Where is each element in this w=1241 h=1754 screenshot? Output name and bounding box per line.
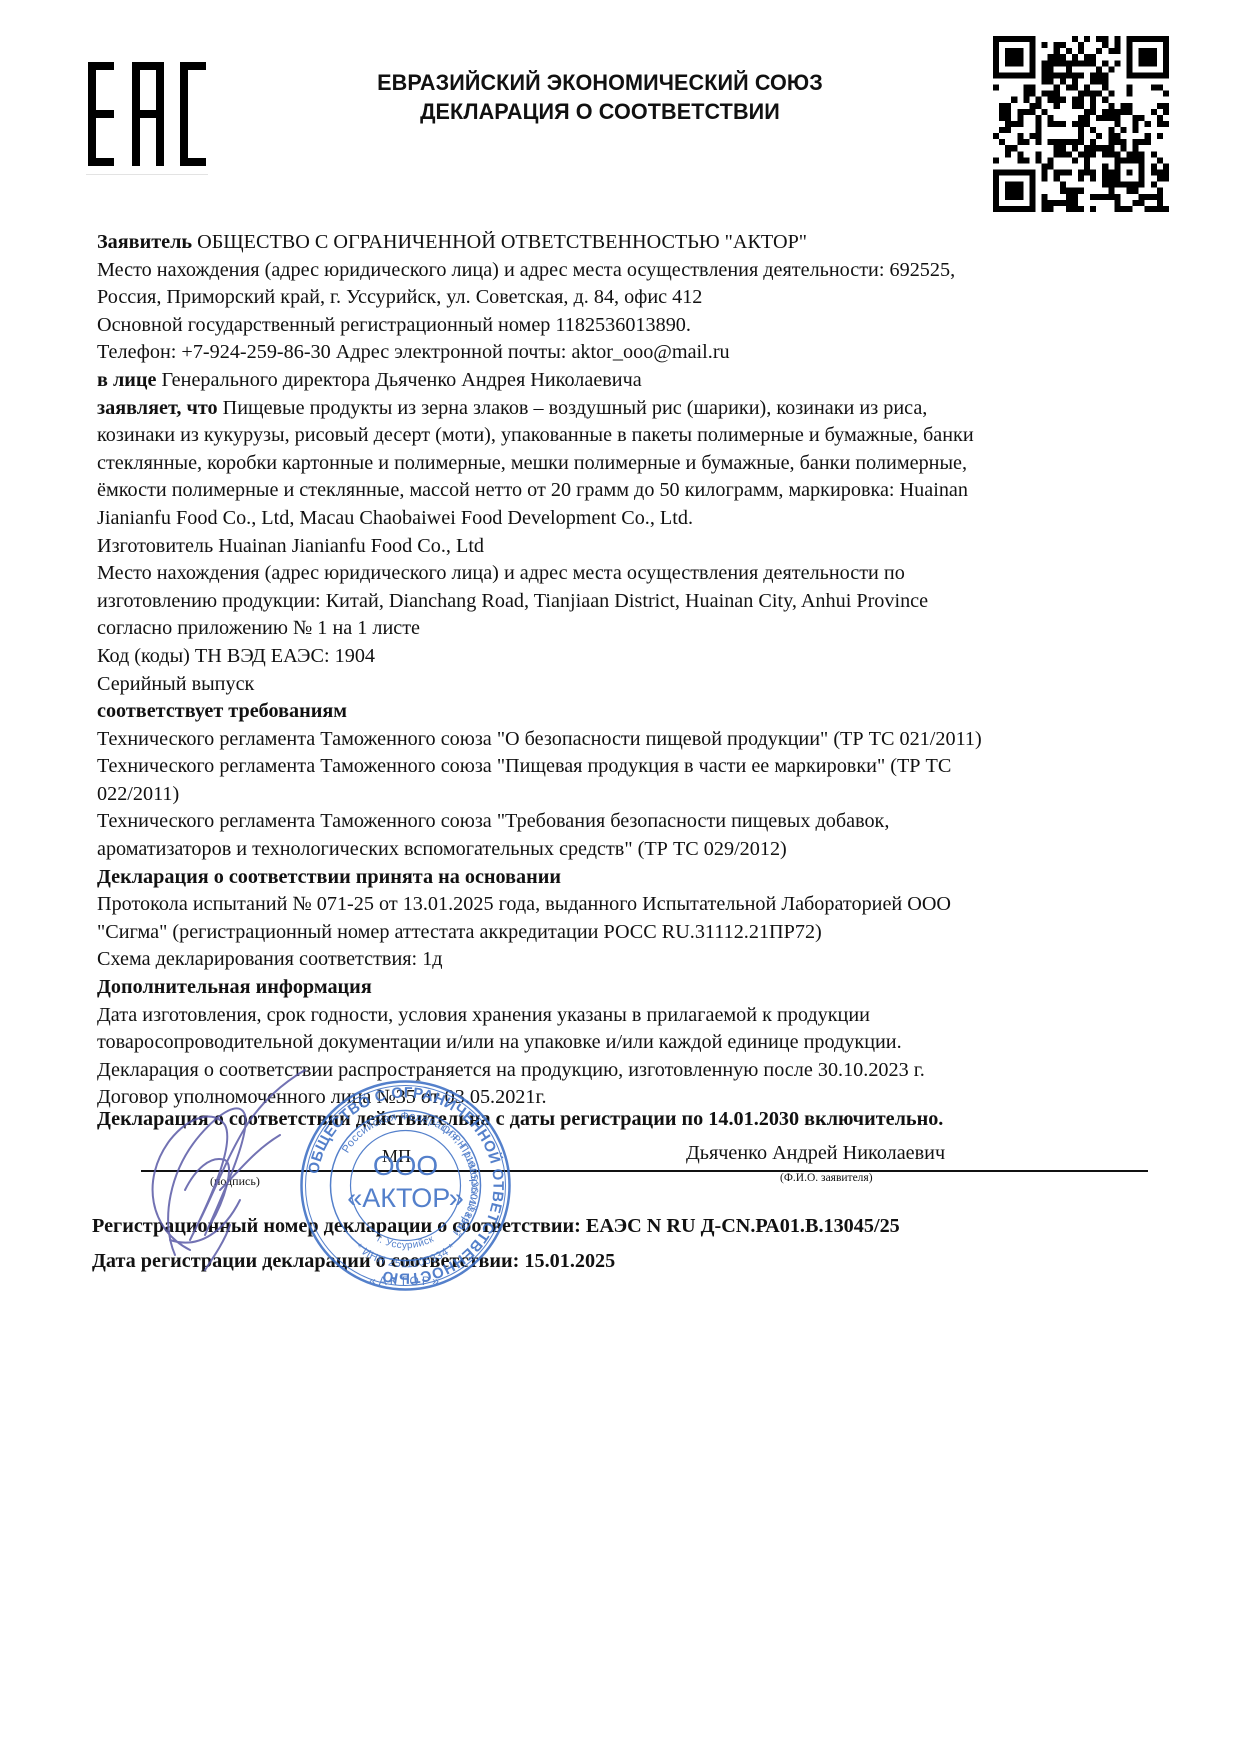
product-line: Jianianfu Food Co., Ltd, Macau Chaobaiwe… — [97, 505, 1157, 533]
name-caption: (Ф.И.О. заявителя) — [780, 1172, 873, 1184]
basis-line: Протокола испытаний № 071-25 от 13.01.20… — [97, 891, 1157, 919]
applicant-name: ОБЩЕСТВО С ОГРАНИЧЕННОЙ ОТВЕТСТВЕННОСТЬЮ… — [197, 231, 807, 253]
registration-date: Дата регистрации декларации о соответств… — [92, 1250, 615, 1273]
registration-number: Регистрационный номер декларации о соотв… — [92, 1215, 900, 1238]
additional-line: товаросопроводительной документации и/ил… — [97, 1029, 1157, 1057]
product-line: стеклянные, коробки картонные и полимерн… — [97, 450, 1157, 478]
basis-heading: Декларация о соответствии принята на осн… — [97, 864, 1157, 892]
applicant-line: Заявитель ОБЩЕСТВО С ОГРАНИЧЕННОЙ ОТВЕТС… — [97, 229, 1157, 257]
document-title: ДЕКЛАРАЦИЯ О СООТВЕТСТВИИ — [312, 97, 888, 126]
qr-code-icon — [993, 36, 1169, 212]
product-line: заявляет, что Пищевые продукты из зерна … — [97, 395, 1157, 423]
requirements-heading: соответствует требованиям — [97, 698, 1157, 726]
applicant-full-name: Дьяченко Андрей Николаевич — [686, 1142, 945, 1165]
manufacturer: Изготовитель Huainan Jianianfu Food Co.,… — [97, 533, 1157, 561]
requirement-line: Технического регламента Таможенного союз… — [97, 753, 1157, 781]
basis-line: "Сигма" (регистрационный номер аттестата… — [97, 919, 1157, 947]
additional-line: Декларация о соответствии распространяет… — [97, 1057, 1157, 1085]
requirement-line: Технического регламента Таможенного союз… — [97, 808, 1157, 836]
additional-line: Дата изготовления, срок годности, услови… — [97, 1002, 1157, 1030]
represented-label: в лице — [97, 369, 157, 391]
hs-code: Код (коды) ТН ВЭД ЕАЭС: 1904 — [97, 643, 1157, 671]
union-title: ЕВРАЗИЙСКИЙ ЭКОНОМИЧЕСКИЙ СОЮЗ — [312, 68, 888, 97]
stamp-company-name: «АКТОР» — [347, 1183, 464, 1213]
eac-logo — [88, 62, 206, 166]
additional-heading: Дополнительная информация — [97, 974, 1157, 1002]
release-type: Серийный выпуск — [97, 671, 1157, 699]
manufacturer-address-line-2: изготовлению продукции: Китай, Dianchang… — [97, 588, 1157, 616]
requirement-line: 022/2011) — [97, 781, 1157, 809]
requirement-line: Технического регламента Таможенного союз… — [97, 726, 1157, 754]
represented-by: Генерального директора Дьяченко Андрея Н… — [162, 369, 642, 391]
stamp-bottom: «АКТОР» — [369, 1274, 442, 1288]
declaration-body: Заявитель ОБЩЕСТВО С ОГРАНИЧЕННОЙ ОТВЕТС… — [97, 229, 1157, 1112]
appendix-note: согласно приложению № 1 на 1 листе — [97, 615, 1157, 643]
seal-place-label: МП — [382, 1146, 411, 1167]
document-header: ЕВРАЗИЙСКИЙ ЭКОНОМИЧЕСКИЙ СОЮЗ ДЕКЛАРАЦИ… — [312, 68, 888, 126]
signature-caption: (подпись) — [210, 1174, 260, 1189]
represented-line: в лице Генерального директора Дьяченко А… — [97, 367, 1157, 395]
applicant-contacts: Телефон: +7-924-259-86-30 Адрес электрон… — [97, 339, 1157, 367]
product-line: ёмкости полимерные и стеклянные, массой … — [97, 477, 1157, 505]
qr-code[interactable] — [993, 36, 1169, 212]
applicant-address-line-2: Россия, Приморский край, г. Уссурийск, у… — [97, 284, 1157, 312]
eac-mark-icon — [88, 62, 206, 166]
applicant-address-line-1: Место нахождения (адрес юридического лиц… — [97, 257, 1157, 285]
signature-line — [141, 1170, 461, 1172]
logo-underline — [86, 174, 208, 175]
product-line: козинаки из кукурузы, рисовый десерт (мо… — [97, 422, 1157, 450]
declares-label: заявляет, что — [97, 397, 218, 419]
applicant-ogrn: Основной государственный регистрационный… — [97, 312, 1157, 340]
applicant-label: Заявитель — [97, 231, 192, 253]
validity-statement: Декларация о соответствии действительна … — [97, 1108, 943, 1131]
requirement-line: ароматизаторов и технологических вспомог… — [97, 836, 1157, 864]
basis-line: Схема декларирования соответствия: 1д — [97, 946, 1157, 974]
manufacturer-address-line-1: Место нахождения (адрес юридического лиц… — [97, 560, 1157, 588]
